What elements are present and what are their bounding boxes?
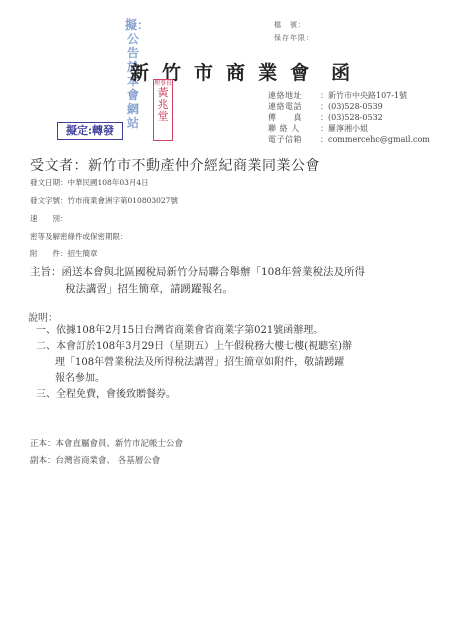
- original-recipients: 正本：本會直屬會員、新竹市記帳士公會: [30, 437, 183, 449]
- contact-info: 連絡地址：新竹市中央路107-1號 連絡電話：(03)528-0539 傳 真：…: [268, 90, 430, 145]
- subject: 主旨：函送本會與北區國稅局新竹分局聯合舉辦「108年營業稅法及所得 稅法講習」招…: [30, 264, 365, 298]
- chairman-seal-stamp: 理事長 黃兆堂: [153, 79, 173, 141]
- contact-address: 連絡地址：新竹市中央路107-1號: [268, 90, 430, 101]
- issue-date: 發文日期：中華民國108年03月4日: [30, 177, 149, 188]
- document-number: 發文字號：竹市商業會洲字第010803027號: [30, 195, 178, 206]
- contact-phone: 連絡電話：(03)528-0539: [268, 101, 430, 112]
- recipient-label: 受文者：: [30, 158, 88, 174]
- contact-email: 電子信箱：commercehc@gmail.com: [268, 134, 430, 145]
- urgency: 速 別：: [30, 213, 68, 224]
- contact-person: 聯 絡 人：羅濘湘小姐: [268, 123, 430, 134]
- description-item-3: 三、全程免費，會後致贈餐券。: [36, 387, 352, 403]
- description-items: 一、依據108年2月15日台灣省商業會省商業字第021號函辦理。 二、本會訂於1…: [36, 323, 352, 403]
- retention-period-label: 保存年限：: [274, 33, 316, 43]
- copy-recipients: 副本：台灣省商業會、 各基層公會: [30, 454, 160, 466]
- description-item-2: 二、本會訂於108年3月29日（星期五）上午假稅務大樓七樓(視聽室)辦: [36, 339, 352, 355]
- contact-fax: 傳 真：(03)528-0532: [268, 112, 430, 123]
- confidentiality: 密等及解密條件或保密期限：: [30, 231, 128, 242]
- retention-period-field: 保存年限：: [274, 33, 316, 43]
- subject-label: 主旨：: [30, 266, 62, 278]
- file-number-label: 檔 號：: [274, 20, 316, 30]
- file-number-field: 檔 號：: [274, 20, 316, 30]
- forward-stamp: 擬定:轉發: [57, 122, 123, 140]
- recipient: 受文者：新竹市不動產仲介經紀商業同業公會: [30, 155, 320, 175]
- attachment: 附 件：招生簡章: [30, 248, 98, 259]
- description-label: 說明：: [28, 309, 58, 324]
- recipient-value: 新竹市不動產仲介經紀商業同業公會: [88, 158, 320, 174]
- description-item-1: 一、依據108年2月15日台灣省商業會省商業字第021號函辦理。: [36, 323, 352, 339]
